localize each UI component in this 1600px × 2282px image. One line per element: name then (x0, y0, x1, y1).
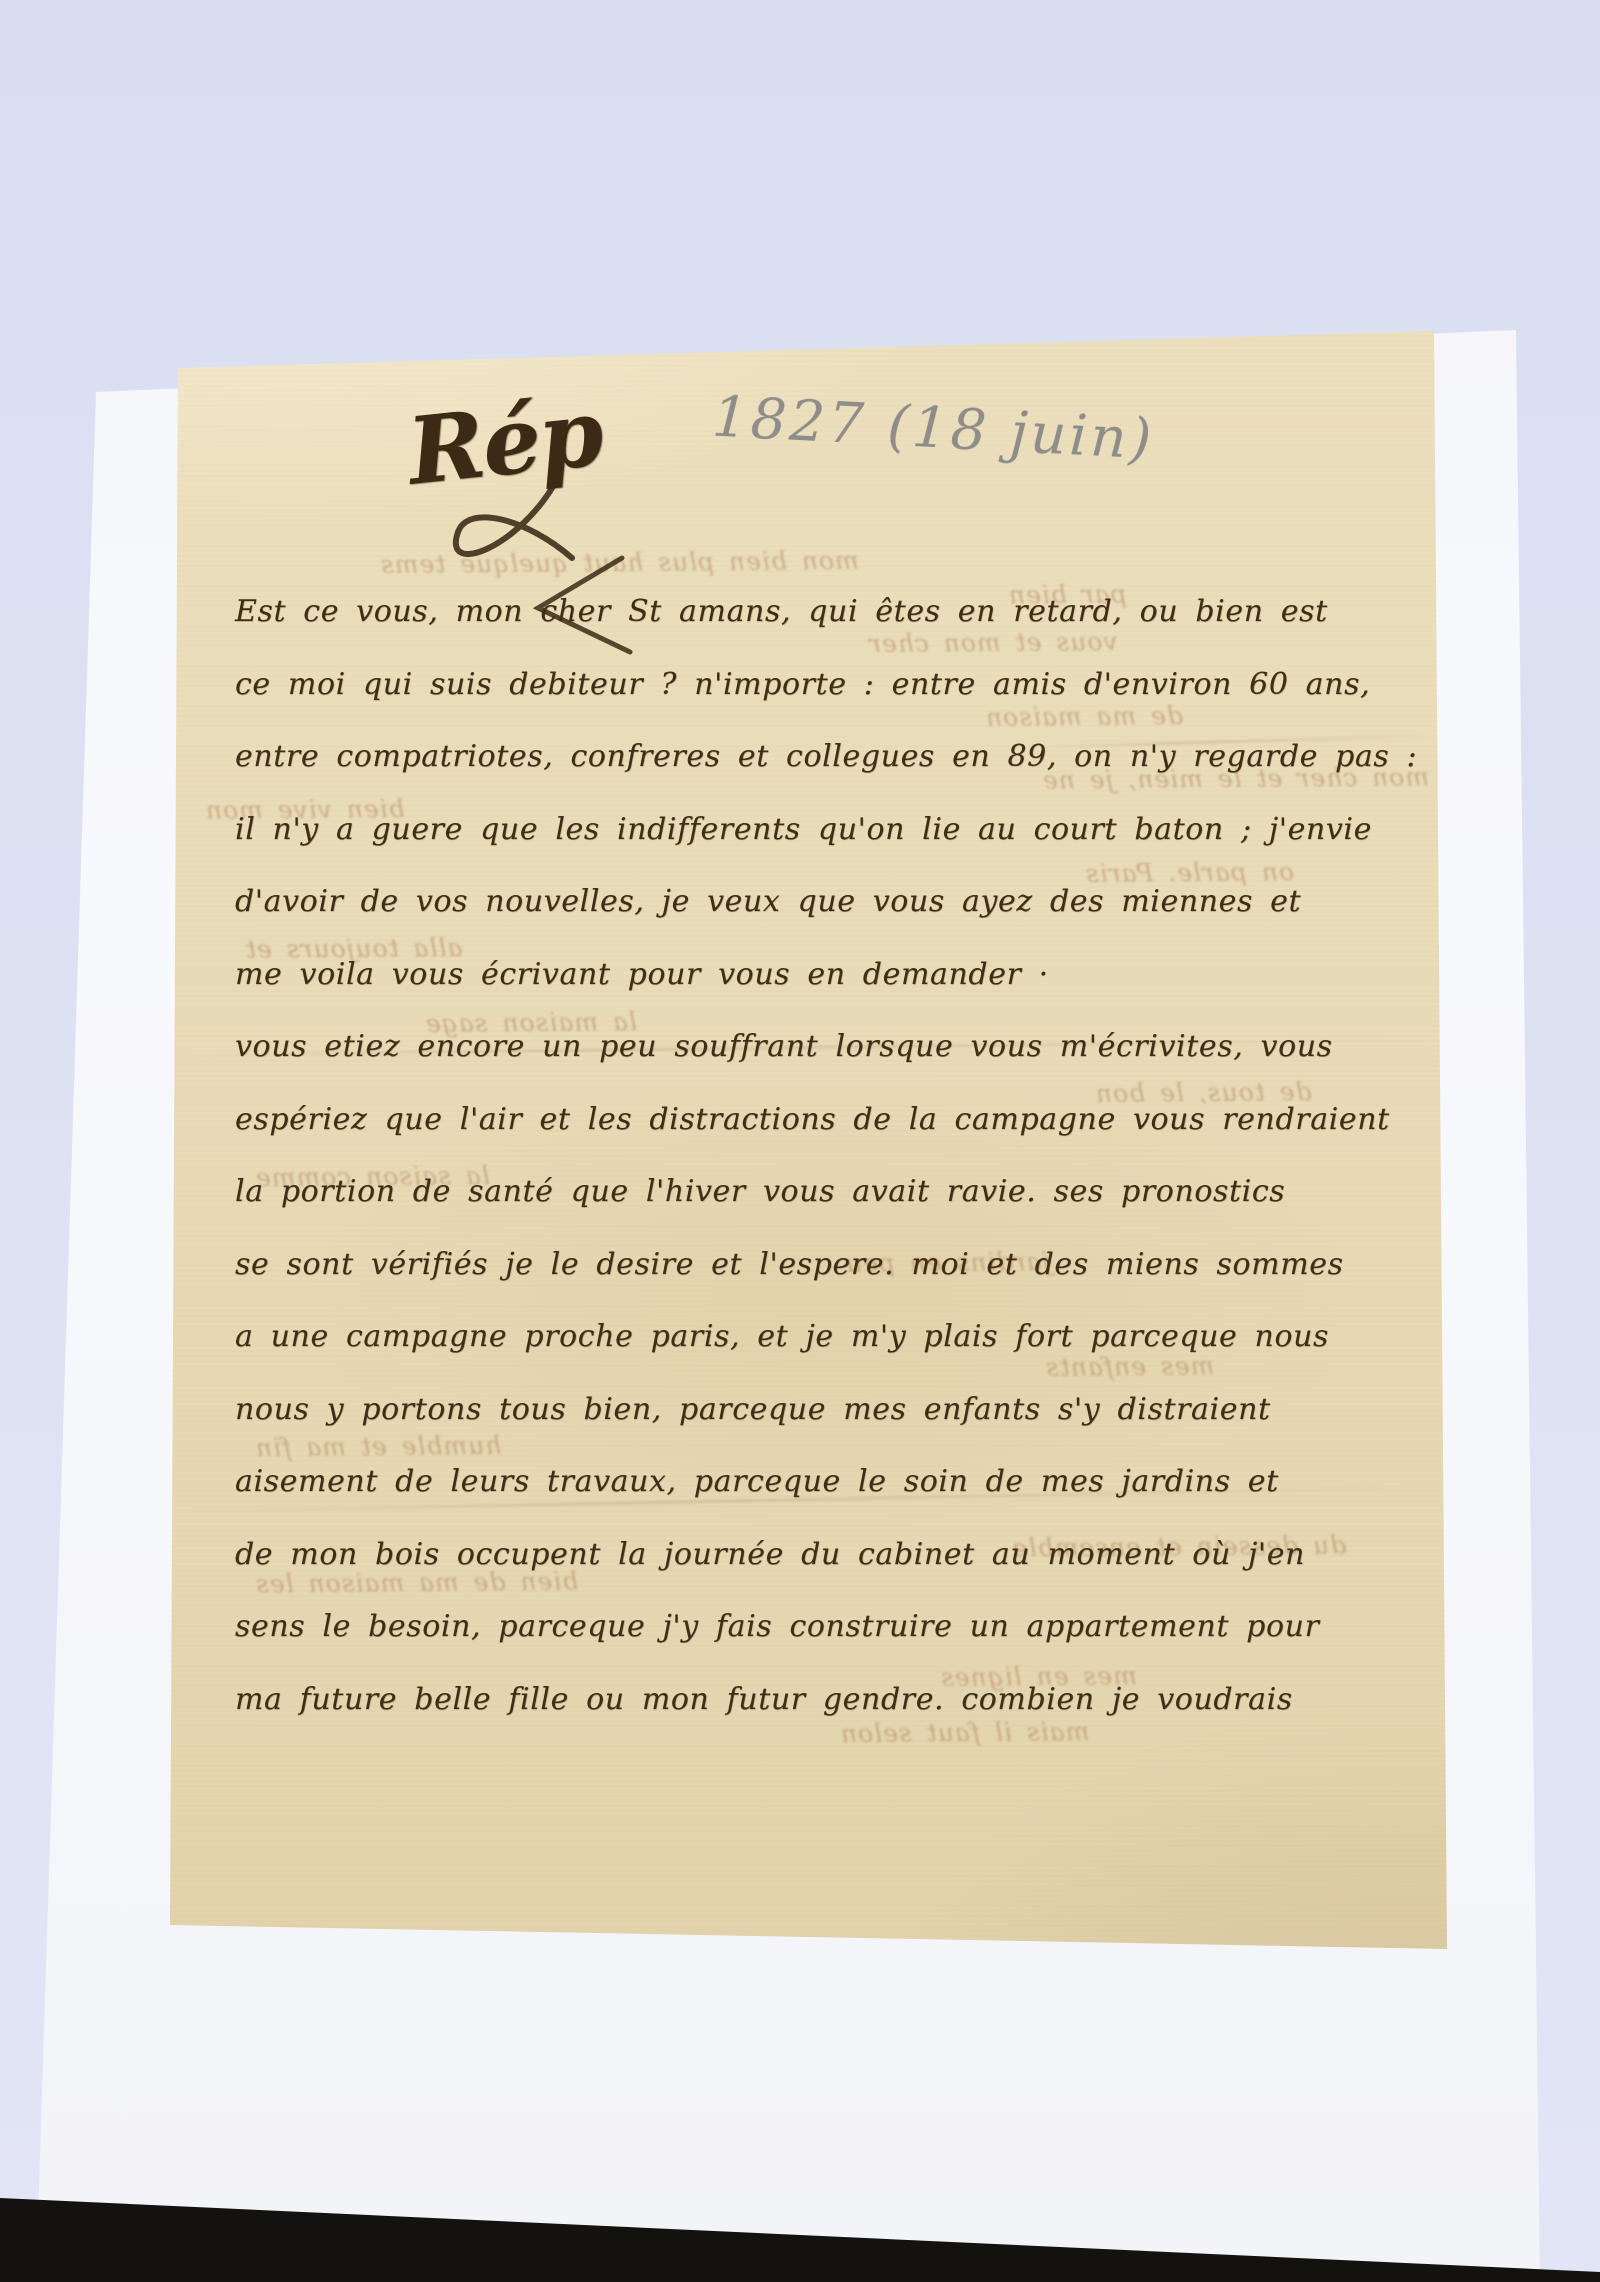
manuscript-line: vous etiez encore un peu souffrant lorsq… (235, 1011, 1325, 1084)
letter-photograph: mon bien plus haut quelque tems par bien… (0, 0, 1600, 2282)
manuscript-line: ma future belle fille ou mon futur gendr… (235, 1664, 1325, 1737)
manuscript-line: la portion de santé que l'hiver vous ava… (235, 1156, 1325, 1229)
manuscript-line: se sont vérifiés je le desire et l'esper… (235, 1229, 1325, 1302)
manuscript-line: me voila vous écrivant pour vous en dema… (235, 939, 1325, 1012)
manuscript-line: sens le besoin, parceque j'y fais constr… (235, 1591, 1325, 1664)
manuscript-line: entre compatriotes, confreres et collegu… (235, 721, 1325, 794)
manuscript-line: a une campagne proche paris, et je m'y p… (235, 1301, 1325, 1374)
manuscript-text: Est ce vous, mon cher St amans, qui êtes… (235, 576, 1325, 1736)
manuscript-line: de mon bois occupent la journée du cabin… (235, 1519, 1325, 1592)
manuscript-line: d'avoir de vos nouvelles, je veux que vo… (235, 866, 1325, 939)
manuscript-line: aisement de leurs travaux, parceque le s… (235, 1446, 1325, 1519)
response-marker: Rép (403, 378, 607, 506)
manuscript-line: Est ce vous, mon cher St amans, qui êtes… (235, 576, 1325, 649)
manuscript-line: nous y portons tous bien, parceque mes e… (235, 1374, 1325, 1447)
manuscript-line: espériez que l'air et les distractions d… (235, 1084, 1325, 1157)
manuscript-line: il n'y a guere que les indifferents qu'o… (235, 794, 1325, 867)
manuscript-line: ce moi qui suis debiteur ? n'importe : e… (235, 649, 1325, 722)
